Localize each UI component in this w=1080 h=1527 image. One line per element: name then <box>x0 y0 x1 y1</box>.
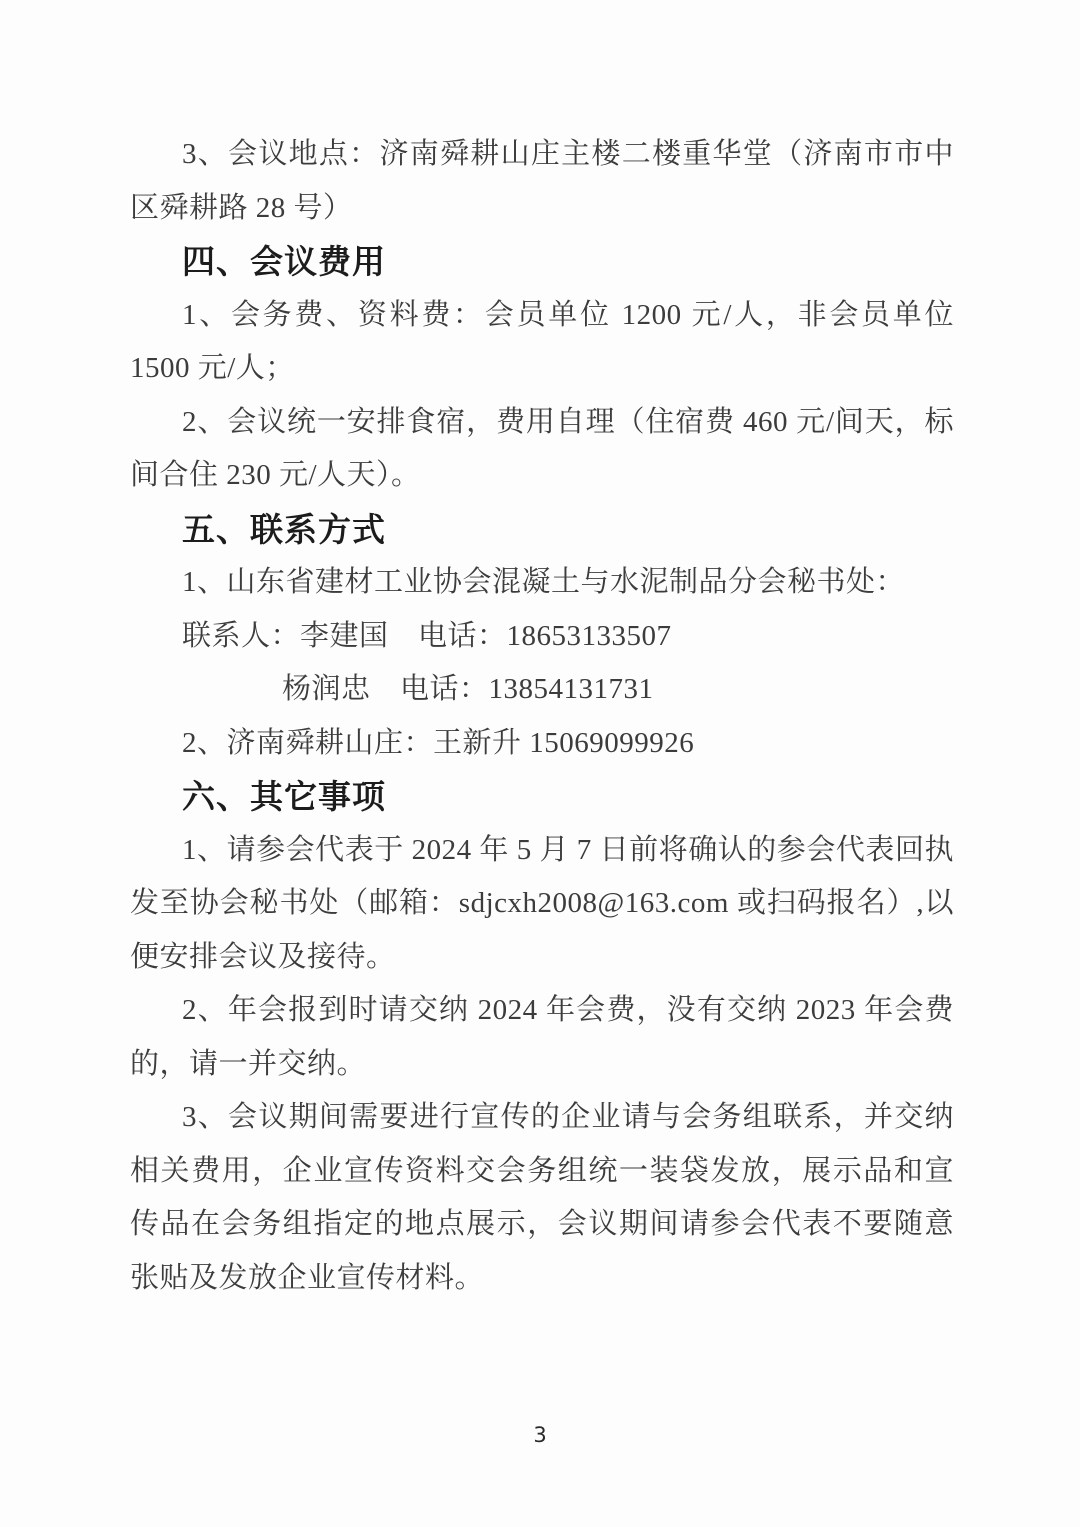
section-heading-other-matters: 六、其它事项 <box>130 770 954 824</box>
page-number: 3 <box>0 1423 1080 1447</box>
paragraph-registration-receipt: 1、请参会代表于 2024 年 5 月 7 日前将确认的参会代表回执发至协会秘书… <box>130 824 954 985</box>
paragraph-accommodation-fee: 2、会议统一安排食宿，费用自理（住宿费 460 元/间天，标间合住 230 元/… <box>130 396 954 503</box>
paragraph-promotion-rules: 3、会议期间需要进行宣传的企业请与会务组联系，并交纳相关费用，企业宣传资料交会务… <box>130 1091 954 1305</box>
paragraph-meeting-location: 3、会议地点：济南舜耕山庄主楼二楼重华堂（济南市市中区舜耕路 28 号） <box>130 128 954 235</box>
paragraph-conference-fee: 1、会务费、资料费：会员单位 1200 元/人，非会员单位 1500 元/人； <box>130 289 954 396</box>
contact-line-li-jianguo: 联系人：李建国 电话：18653133507 <box>130 610 954 664</box>
contact-line-yang-runzhong: 杨润忠 电话：13854131731 <box>130 663 954 717</box>
paragraph-secretariat: 1、山东省建材工业协会混凝土与水泥制品分会秘书处： <box>130 556 954 610</box>
section-heading-contact-info: 五、联系方式 <box>130 503 954 557</box>
document-page: 3、会议地点：济南舜耕山庄主楼二楼重华堂（济南市市中区舜耕路 28 号） 四、会… <box>0 0 1080 1527</box>
paragraph-membership-dues: 2、年会报到时请交纳 2024 年会费，没有交纳 2023 年会费的，请一并交纳… <box>130 984 954 1091</box>
document-body: 3、会议地点：济南舜耕山庄主楼二楼重华堂（济南市市中区舜耕路 28 号） 四、会… <box>0 0 1080 1305</box>
paragraph-hotel-contact: 2、济南舜耕山庄：王新升 15069099926 <box>130 717 954 771</box>
section-heading-meeting-fees: 四、会议费用 <box>130 235 954 289</box>
